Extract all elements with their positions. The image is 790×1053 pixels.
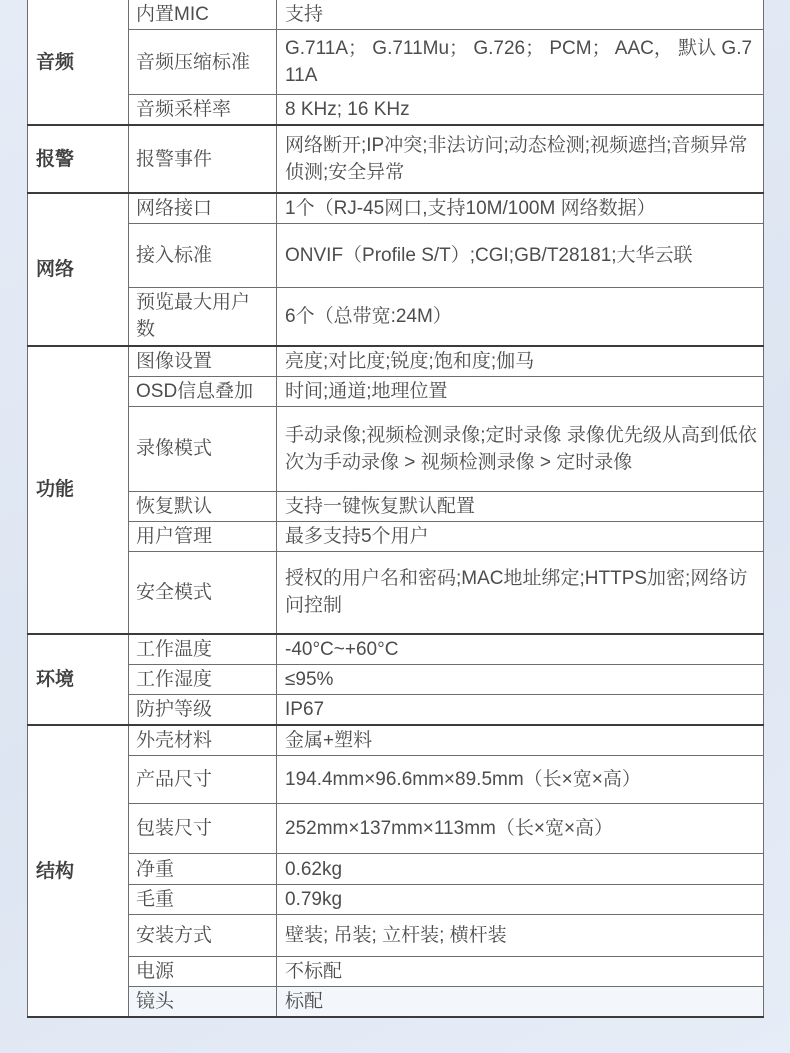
spec-value-cell: 网络断开;IP冲突;非法访问;动态检测;视频遮挡;音频异常侦测;安全异常 bbox=[277, 125, 764, 193]
spec-value-cell: 1个（RJ-45网口,支持10M/100M 网络数据） bbox=[277, 193, 764, 224]
spec-table-body: 音频内置MIC支持音频压缩标准G.711A； G.711Mu； G.726； P… bbox=[28, 0, 764, 1017]
spec-label-cell: 音频压缩标准 bbox=[129, 30, 277, 95]
spec-label-cell: 工作温度 bbox=[129, 634, 277, 665]
spec-value-cell: 不标配 bbox=[277, 957, 764, 987]
spec-row: 网络网络接口1个（RJ-45网口,支持10M/100M 网络数据） bbox=[28, 193, 764, 224]
spec-value-cell: 8 KHz; 16 KHz bbox=[277, 95, 764, 126]
spec-category-cell: 结构 bbox=[28, 725, 129, 1017]
spec-label-cell: 预览最大用户数 bbox=[129, 288, 277, 346]
spec-label-cell: 产品尺寸 bbox=[129, 756, 277, 804]
spec-value-cell: 标配 bbox=[277, 987, 764, 1018]
spec-label-cell: 外壳材料 bbox=[129, 725, 277, 756]
spec-value-cell: 支持 bbox=[277, 0, 764, 30]
spec-label-cell: 工作湿度 bbox=[129, 665, 277, 695]
spec-label-cell: 毛重 bbox=[129, 885, 277, 915]
spec-row: 录像模式手动录像;视频检测录像;定时录像 录像优先级从高到低依次为手动录像 > … bbox=[28, 406, 764, 491]
spec-row: 镜头标配 bbox=[28, 987, 764, 1018]
spec-category-cell: 音频 bbox=[28, 0, 129, 125]
spec-row: 毛重0.79kg bbox=[28, 885, 764, 915]
spec-row: 预览最大用户数6个（总带宽:24M） bbox=[28, 288, 764, 346]
spec-row: 电源不标配 bbox=[28, 957, 764, 987]
spec-value-cell: 亮度;对比度;锐度;饱和度;伽马 bbox=[277, 346, 764, 377]
spec-value-cell: G.711A； G.711Mu； G.726； PCM； AAC， 默认 G.7… bbox=[277, 30, 764, 95]
spec-label-cell: 报警事件 bbox=[129, 125, 277, 193]
spec-category-cell: 功能 bbox=[28, 346, 129, 635]
spec-row: 安全模式授权的用户名和密码;MAC地址绑定;HTTPS加密;网络访问控制 bbox=[28, 551, 764, 634]
spec-row: 音频内置MIC支持 bbox=[28, 0, 764, 30]
spec-value-cell: 授权的用户名和密码;MAC地址绑定;HTTPS加密;网络访问控制 bbox=[277, 551, 764, 634]
spec-row: 结构外壳材料金属+塑料 bbox=[28, 725, 764, 756]
spec-row: 用户管理最多支持5个用户 bbox=[28, 521, 764, 551]
spec-value-cell: 0.62kg bbox=[277, 854, 764, 885]
spec-row: 接入标准ONVIF（Profile S/T）;CGI;GB/T28181;大华云… bbox=[28, 224, 764, 288]
spec-row: 包装尺寸252mm×137mm×113mm（长×宽×高） bbox=[28, 804, 764, 854]
spec-row: 工作湿度≤95% bbox=[28, 665, 764, 695]
spec-row: 音频采样率8 KHz; 16 KHz bbox=[28, 95, 764, 126]
spec-row: 净重0.62kg bbox=[28, 854, 764, 885]
spec-label-cell: 电源 bbox=[129, 957, 277, 987]
spec-row: 安装方式壁装; 吊装; 立杆装; 横杆装 bbox=[28, 915, 764, 957]
spec-category-cell: 网络 bbox=[28, 193, 129, 346]
spec-value-cell: 壁装; 吊装; 立杆装; 横杆装 bbox=[277, 915, 764, 957]
spec-value-cell: ≤95% bbox=[277, 665, 764, 695]
spec-label-cell: 防护等级 bbox=[129, 695, 277, 726]
spec-label-cell: 接入标准 bbox=[129, 224, 277, 288]
spec-value-cell: 194.4mm×96.6mm×89.5mm（长×宽×高） bbox=[277, 756, 764, 804]
spec-label-cell: 净重 bbox=[129, 854, 277, 885]
spec-value-cell: 最多支持5个用户 bbox=[277, 521, 764, 551]
spec-value-cell: 金属+塑料 bbox=[277, 725, 764, 756]
spec-value-cell: ONVIF（Profile S/T）;CGI;GB/T28181;大华云联 bbox=[277, 224, 764, 288]
spec-label-cell: OSD信息叠加 bbox=[129, 376, 277, 406]
spec-category-cell: 环境 bbox=[28, 634, 129, 725]
spec-label-cell: 恢复默认 bbox=[129, 491, 277, 521]
spec-row: OSD信息叠加时间;通道;地理位置 bbox=[28, 376, 764, 406]
spec-value-cell: 252mm×137mm×113mm（长×宽×高） bbox=[277, 804, 764, 854]
spec-value-cell: 0.79kg bbox=[277, 885, 764, 915]
spec-table: 音频内置MIC支持音频压缩标准G.711A； G.711Mu； G.726； P… bbox=[27, 0, 764, 1018]
spec-label-cell: 用户管理 bbox=[129, 521, 277, 551]
product-spec-page: 音频内置MIC支持音频压缩标准G.711A； G.711Mu； G.726； P… bbox=[0, 0, 790, 1018]
spec-label-cell: 安全模式 bbox=[129, 551, 277, 634]
spec-row: 防护等级IP67 bbox=[28, 695, 764, 726]
spec-label-cell: 镜头 bbox=[129, 987, 277, 1018]
spec-value-cell: IP67 bbox=[277, 695, 764, 726]
spec-label-cell: 录像模式 bbox=[129, 406, 277, 491]
spec-value-cell: -40°C~+60°C bbox=[277, 634, 764, 665]
spec-row: 环境工作温度-40°C~+60°C bbox=[28, 634, 764, 665]
spec-value-cell: 手动录像;视频检测录像;定时录像 录像优先级从高到低依次为手动录像 > 视频检测… bbox=[277, 406, 764, 491]
spec-category-cell: 报警 bbox=[28, 125, 129, 193]
spec-label-cell: 网络接口 bbox=[129, 193, 277, 224]
spec-row: 恢复默认支持一键恢复默认配置 bbox=[28, 491, 764, 521]
spec-label-cell: 音频采样率 bbox=[129, 95, 277, 126]
spec-label-cell: 图像设置 bbox=[129, 346, 277, 377]
spec-value-cell: 时间;通道;地理位置 bbox=[277, 376, 764, 406]
spec-label-cell: 包装尺寸 bbox=[129, 804, 277, 854]
spec-row: 报警报警事件网络断开;IP冲突;非法访问;动态检测;视频遮挡;音频异常侦测;安全… bbox=[28, 125, 764, 193]
spec-row: 功能图像设置亮度;对比度;锐度;饱和度;伽马 bbox=[28, 346, 764, 377]
spec-row: 产品尺寸194.4mm×96.6mm×89.5mm（长×宽×高） bbox=[28, 756, 764, 804]
spec-value-cell: 6个（总带宽:24M） bbox=[277, 288, 764, 346]
spec-value-cell: 支持一键恢复默认配置 bbox=[277, 491, 764, 521]
spec-label-cell: 安装方式 bbox=[129, 915, 277, 957]
spec-label-cell: 内置MIC bbox=[129, 0, 277, 30]
spec-row: 音频压缩标准G.711A； G.711Mu； G.726； PCM； AAC， … bbox=[28, 30, 764, 95]
